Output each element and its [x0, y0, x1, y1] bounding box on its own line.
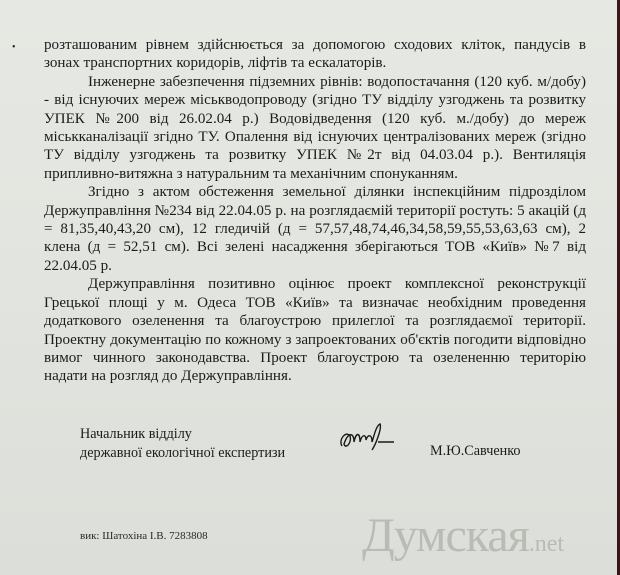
watermark-suffix: .net: [529, 531, 564, 557]
watermark-main: Думская: [362, 509, 529, 562]
paragraph-engineering: Інженерне забезпечення підземних рівнів:…: [44, 73, 586, 183]
document-body: розташованим рівнем здійснюється за допо…: [44, 36, 586, 386]
document-page: • розташованим рівнем здійснюється за до…: [0, 0, 620, 575]
watermark-logo: Думская.net: [362, 508, 564, 563]
bullet-mark: •: [12, 42, 16, 53]
signatory-role: Начальник відділу державної екологічної …: [80, 425, 285, 462]
executor-line: вик: Шатохіна І.В. 7283808: [80, 530, 208, 542]
role-line-2: державної екологічної експертизи: [80, 444, 285, 463]
paragraph-conclusion: Держуправління позитивно оцінює проект к…: [44, 275, 586, 385]
handwritten-signature-icon: [336, 422, 416, 454]
paragraph-inspection: Згідно з актом обстеження земельної діля…: [44, 183, 586, 275]
signatory-name: М.Ю.Савченко: [430, 443, 521, 460]
paragraph-access: розташованим рівнем здійснюється за допо…: [44, 36, 586, 73]
role-line-1: Начальник відділу: [80, 425, 285, 444]
